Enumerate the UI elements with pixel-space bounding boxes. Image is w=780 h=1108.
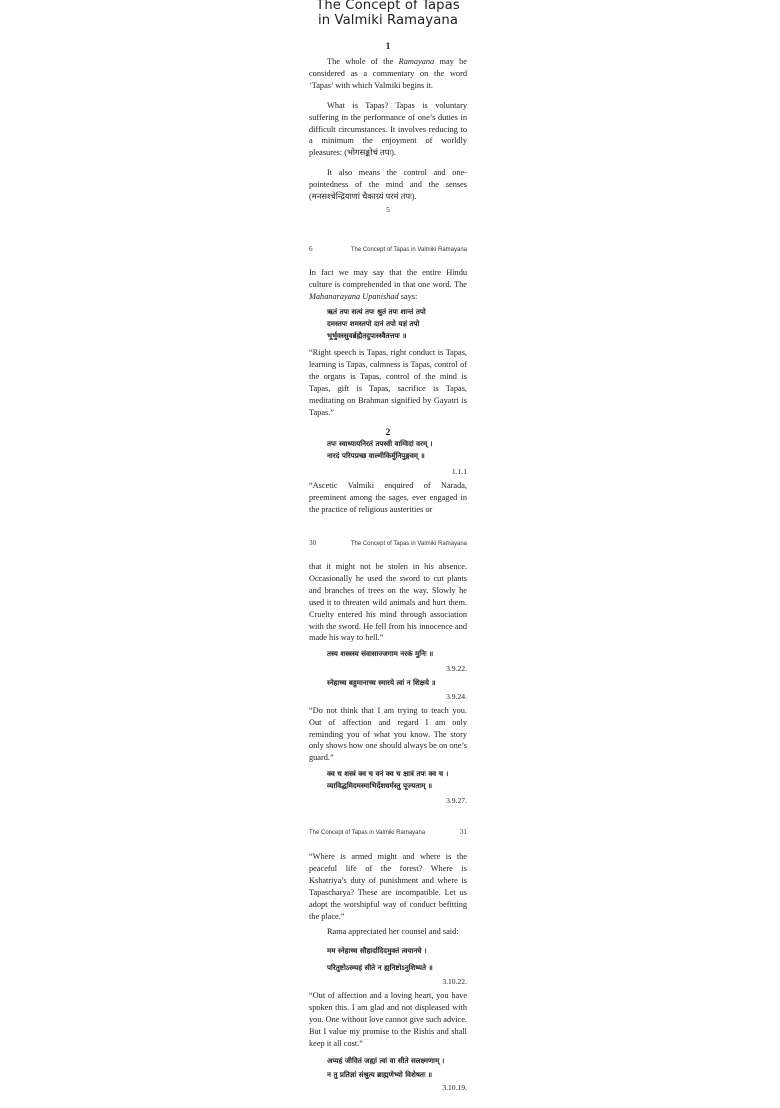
scan-speck: · <box>314 17 316 23</box>
verse-reference: 1.1.1 <box>309 466 467 477</box>
verse-reference: 3.9.22. <box>309 663 467 674</box>
sanskrit-verse: तस्य शस्त्रस्य संवासाज्जगाम नरकं मुनिः ॥ <box>309 648 467 660</box>
section-number-1: 1 <box>309 42 467 52</box>
folio-number: 5 <box>309 205 467 214</box>
paragraph: “Do not think that I am trying to teach … <box>309 705 467 765</box>
chapter-title-line-1: The Concept of Tapas <box>300 0 476 13</box>
sanskrit-verse: ऋतं तपः सत्यं तपः श्रुतं तपः शान्तं तपो … <box>309 306 467 343</box>
page-number: 30 <box>309 539 316 547</box>
sanskrit-verse: तपः स्वाध्यायनिरतं तपस्वी वाग्विदां वरम्… <box>309 438 467 462</box>
paragraph: “Where is armed might and where is the p… <box>309 851 467 922</box>
paragraph: “Ascetic Valmiki enquired of Narada, pre… <box>309 480 467 516</box>
paragraph: “Out of affection and a loving heart, yo… <box>309 990 467 1050</box>
page-number: 6 <box>309 245 313 253</box>
running-head-title: The Concept of Tapas in Valmiki Ramayana <box>309 830 425 836</box>
sanskrit-verse: क्व च शस्त्रं क्व च वनं क्व च क्षात्रं त… <box>309 768 467 792</box>
section-number-2: 2 <box>309 428 467 438</box>
paragraph: The whole of the Ramayana may be conside… <box>309 56 467 92</box>
sanskrit-verse: मम स्नेहाच्च सौहार्दादिदमुक्तं त्वयानघे … <box>309 942 467 976</box>
chapter-title-line-2: in Valmiki Ramayana <box>300 13 476 28</box>
paragraph: Rama appreciated her counsel and said: <box>309 926 467 938</box>
page-5-body: 1 The whole of the Ramayana may be consi… <box>309 42 467 214</box>
running-head: The Concept of Tapas in Valmiki Ramayana… <box>309 828 467 836</box>
running-head: 6 The Concept of Tapas in Valmiki Ramaya… <box>309 245 467 253</box>
sanskrit-verse: स्नेहाच्च बहुमानाच्च स्मारये त्वां न शिक… <box>309 677 467 689</box>
page-30-body: that it might not be stolen in his absen… <box>309 561 467 806</box>
verse-reference: 3.10.19. <box>309 1082 467 1093</box>
sanskrit-verse: अप्यहं जीवितं जह्यां त्वां वा सीते सलक्ष… <box>309 1054 467 1082</box>
translation: “Right speech is Tapas, right conduct is… <box>309 347 467 418</box>
paragraph: It also means the control and one-pointe… <box>309 167 467 203</box>
running-head-title: The Concept of Tapas in Valmiki Ramayana <box>351 541 467 547</box>
verse-reference: 3.9.24. <box>309 691 467 702</box>
page-31-body: “Where is armed might and where is the p… <box>309 851 467 1093</box>
paragraph: In fact we may say that the entire Hindu… <box>309 267 467 303</box>
paragraph: that it might not be stolen in his absen… <box>309 561 467 644</box>
page-6-body: In fact we may say that the entire Hindu… <box>309 267 467 516</box>
page-number: 31 <box>460 828 467 836</box>
verse-reference: 3.9.27. <box>309 795 467 806</box>
chapter-title: The Concept of Tapas in Valmiki Ramayana <box>300 0 476 28</box>
verse-reference: 3.10.22. <box>309 976 467 987</box>
running-head-title: The Concept of Tapas in Valmiki Ramayana <box>351 247 467 253</box>
running-head: 30 The Concept of Tapas in Valmiki Ramay… <box>309 539 467 547</box>
paragraph: What is Tapas? Tapas is voluntary suffer… <box>309 100 467 160</box>
